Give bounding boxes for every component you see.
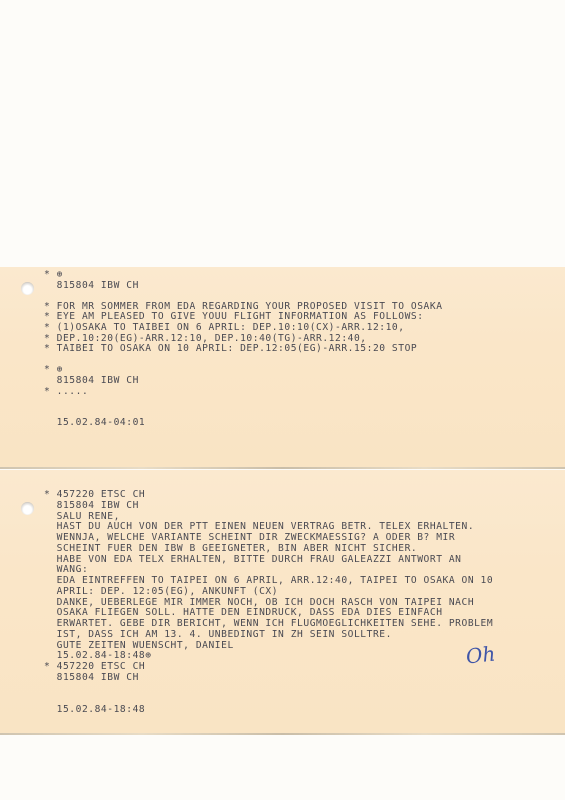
telex-line: * FOR MR SOMMER FROM EDA REGARDING YOUR …	[44, 302, 443, 312]
telex-line: * (1)OSAKA TO TAIBEI ON 6 APRIL: DEP.10:…	[44, 323, 405, 333]
punch-hole	[21, 502, 34, 515]
telex-line: DANKE, UEBERLEGE MIR IMMER NOCH, OB ICH …	[44, 598, 474, 608]
telex-line: IST, DASS ICH AM 13. 4. UNBEDINGT IN ZH …	[44, 630, 392, 640]
telex-line: 815804 IBW CH	[44, 673, 139, 683]
telex-line: * .....	[44, 387, 88, 397]
tear-edge	[0, 467, 565, 469]
telex-line: WANG:	[44, 565, 88, 575]
telex-line: HABE VON EDA TELX ERHALTEN, BITTE DURCH …	[44, 555, 462, 565]
telex-line: 815804 IBW CH	[44, 376, 139, 386]
telex-line: * TAIBEI TO OSAKA ON 10 APRIL: DEP.12:05…	[44, 344, 417, 354]
telex-line: SCHEINT FUER DEN IBW B GEEIGNETER, BIN A…	[44, 544, 417, 554]
telex-line: HAST DU AUCH VON DER PTT EINEN NEUEN VER…	[44, 522, 474, 532]
telex-line: 815804 IBW CH	[44, 501, 139, 511]
telex-line: 15.02.84-04:01	[44, 418, 145, 428]
telex-line: * 457220 ETSC CH	[44, 662, 145, 672]
telex-line: 15.02.84-18:48⊕	[44, 651, 152, 661]
telex-line: OSAKA FLIEGEN SOLL. HATTE DEN EINDRUCK, …	[44, 608, 443, 618]
telex-line: SALU RENE,	[44, 512, 120, 522]
telex-line: ERWARTET. GEBE DIR BERICHT, WENN ICH FLU…	[44, 619, 493, 629]
telex-line: 815804 IBW CH	[44, 281, 139, 291]
telex-line: * ⊕	[44, 270, 63, 280]
telex-line: * EYE AM PLEASED TO GIVE YOUU FLIGHT INF…	[44, 312, 424, 322]
telex-line: APRIL: DEP. 12:05(EG), ANKUNFT (CX)	[44, 587, 278, 597]
telex-strip-1	[0, 267, 565, 467]
telex-line: GUTE ZEITEN WUENSCHT, DANIEL	[44, 641, 234, 651]
telex-line: WENNJA, WELCHE VARIANTE SCHEINT DIR ZWEC…	[44, 533, 455, 543]
telex-line: EDA EINTREFFEN TO TAIPEI ON 6 APRIL, ARR…	[44, 576, 493, 586]
telex-line: * 457220 ETSC CH	[44, 490, 145, 500]
telex-line: * ⊕	[44, 365, 63, 375]
tear-edge	[0, 733, 565, 735]
handwritten-signature: Oh	[465, 642, 497, 669]
telex-line: 15.02.84-18:48	[44, 705, 145, 715]
telex-line: * DEP.10:20(EG)-ARR.12:10, DEP.10:40(TG)…	[44, 334, 367, 344]
punch-hole	[21, 282, 34, 295]
